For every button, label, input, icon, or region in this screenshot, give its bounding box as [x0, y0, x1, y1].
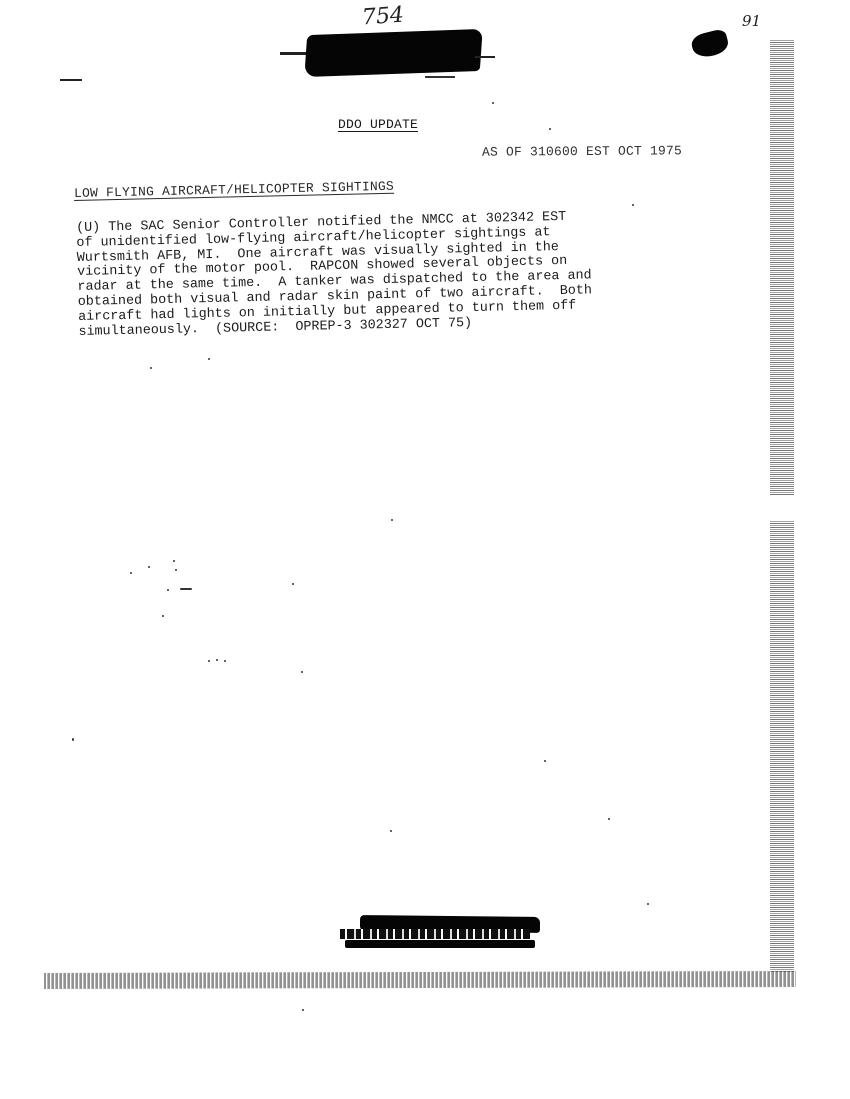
scan-speck [632, 204, 634, 206]
redaction-edge-mark [475, 56, 495, 58]
scan-speck [216, 659, 218, 661]
scan-speck [173, 560, 175, 562]
scan-speck [292, 583, 294, 585]
margin-dash-mark [60, 79, 82, 81]
classification-footer-redaction-texture [340, 929, 530, 939]
scan-speck [175, 569, 177, 571]
handwritten-corner-mark: 91 [742, 12, 761, 30]
scan-speck [162, 615, 164, 617]
scan-speck [302, 1009, 304, 1011]
scan-speck [390, 830, 392, 832]
scan-edge-artifact-right [770, 520, 794, 972]
scan-edge-artifact-bottom [44, 971, 796, 989]
document-title: DDO UPDATE [338, 117, 418, 132]
handwritten-page-number: 754 [361, 3, 405, 31]
scan-speck [148, 566, 150, 568]
redaction-edge-mark [280, 52, 306, 55]
scan-speck [549, 128, 551, 130]
corner-redaction [690, 28, 731, 60]
report-body: (U) The SAC Senior Controller notified t… [76, 210, 593, 340]
scan-speck [130, 572, 132, 574]
section-heading: LOW FLYING AIRCRAFT/HELICOPTER SIGHTINGS [74, 179, 394, 201]
redaction-edge-mark [425, 76, 455, 78]
scan-speck [492, 102, 494, 104]
scan-speck [224, 660, 226, 662]
scan-speck [647, 903, 649, 905]
scan-speck [208, 660, 210, 662]
scanned-document-page: 754 91 DDO UPDATE AS OF 310600 EST OCT 1… [0, 0, 850, 1099]
as-of-timestamp: AS OF 310600 EST OCT 1975 [482, 143, 682, 159]
scan-speck [167, 589, 169, 591]
scan-speck [391, 519, 393, 521]
scan-speck [150, 367, 152, 369]
scan-speck [72, 738, 74, 741]
scan-speck [180, 588, 192, 590]
scan-edge-artifact-right [770, 40, 794, 495]
classification-header-redaction [304, 29, 482, 77]
scan-speck [608, 818, 610, 820]
scan-speck [544, 760, 546, 762]
scan-speck [208, 358, 210, 360]
scan-speck [301, 671, 303, 673]
classification-footer-redaction-lower [345, 940, 535, 948]
